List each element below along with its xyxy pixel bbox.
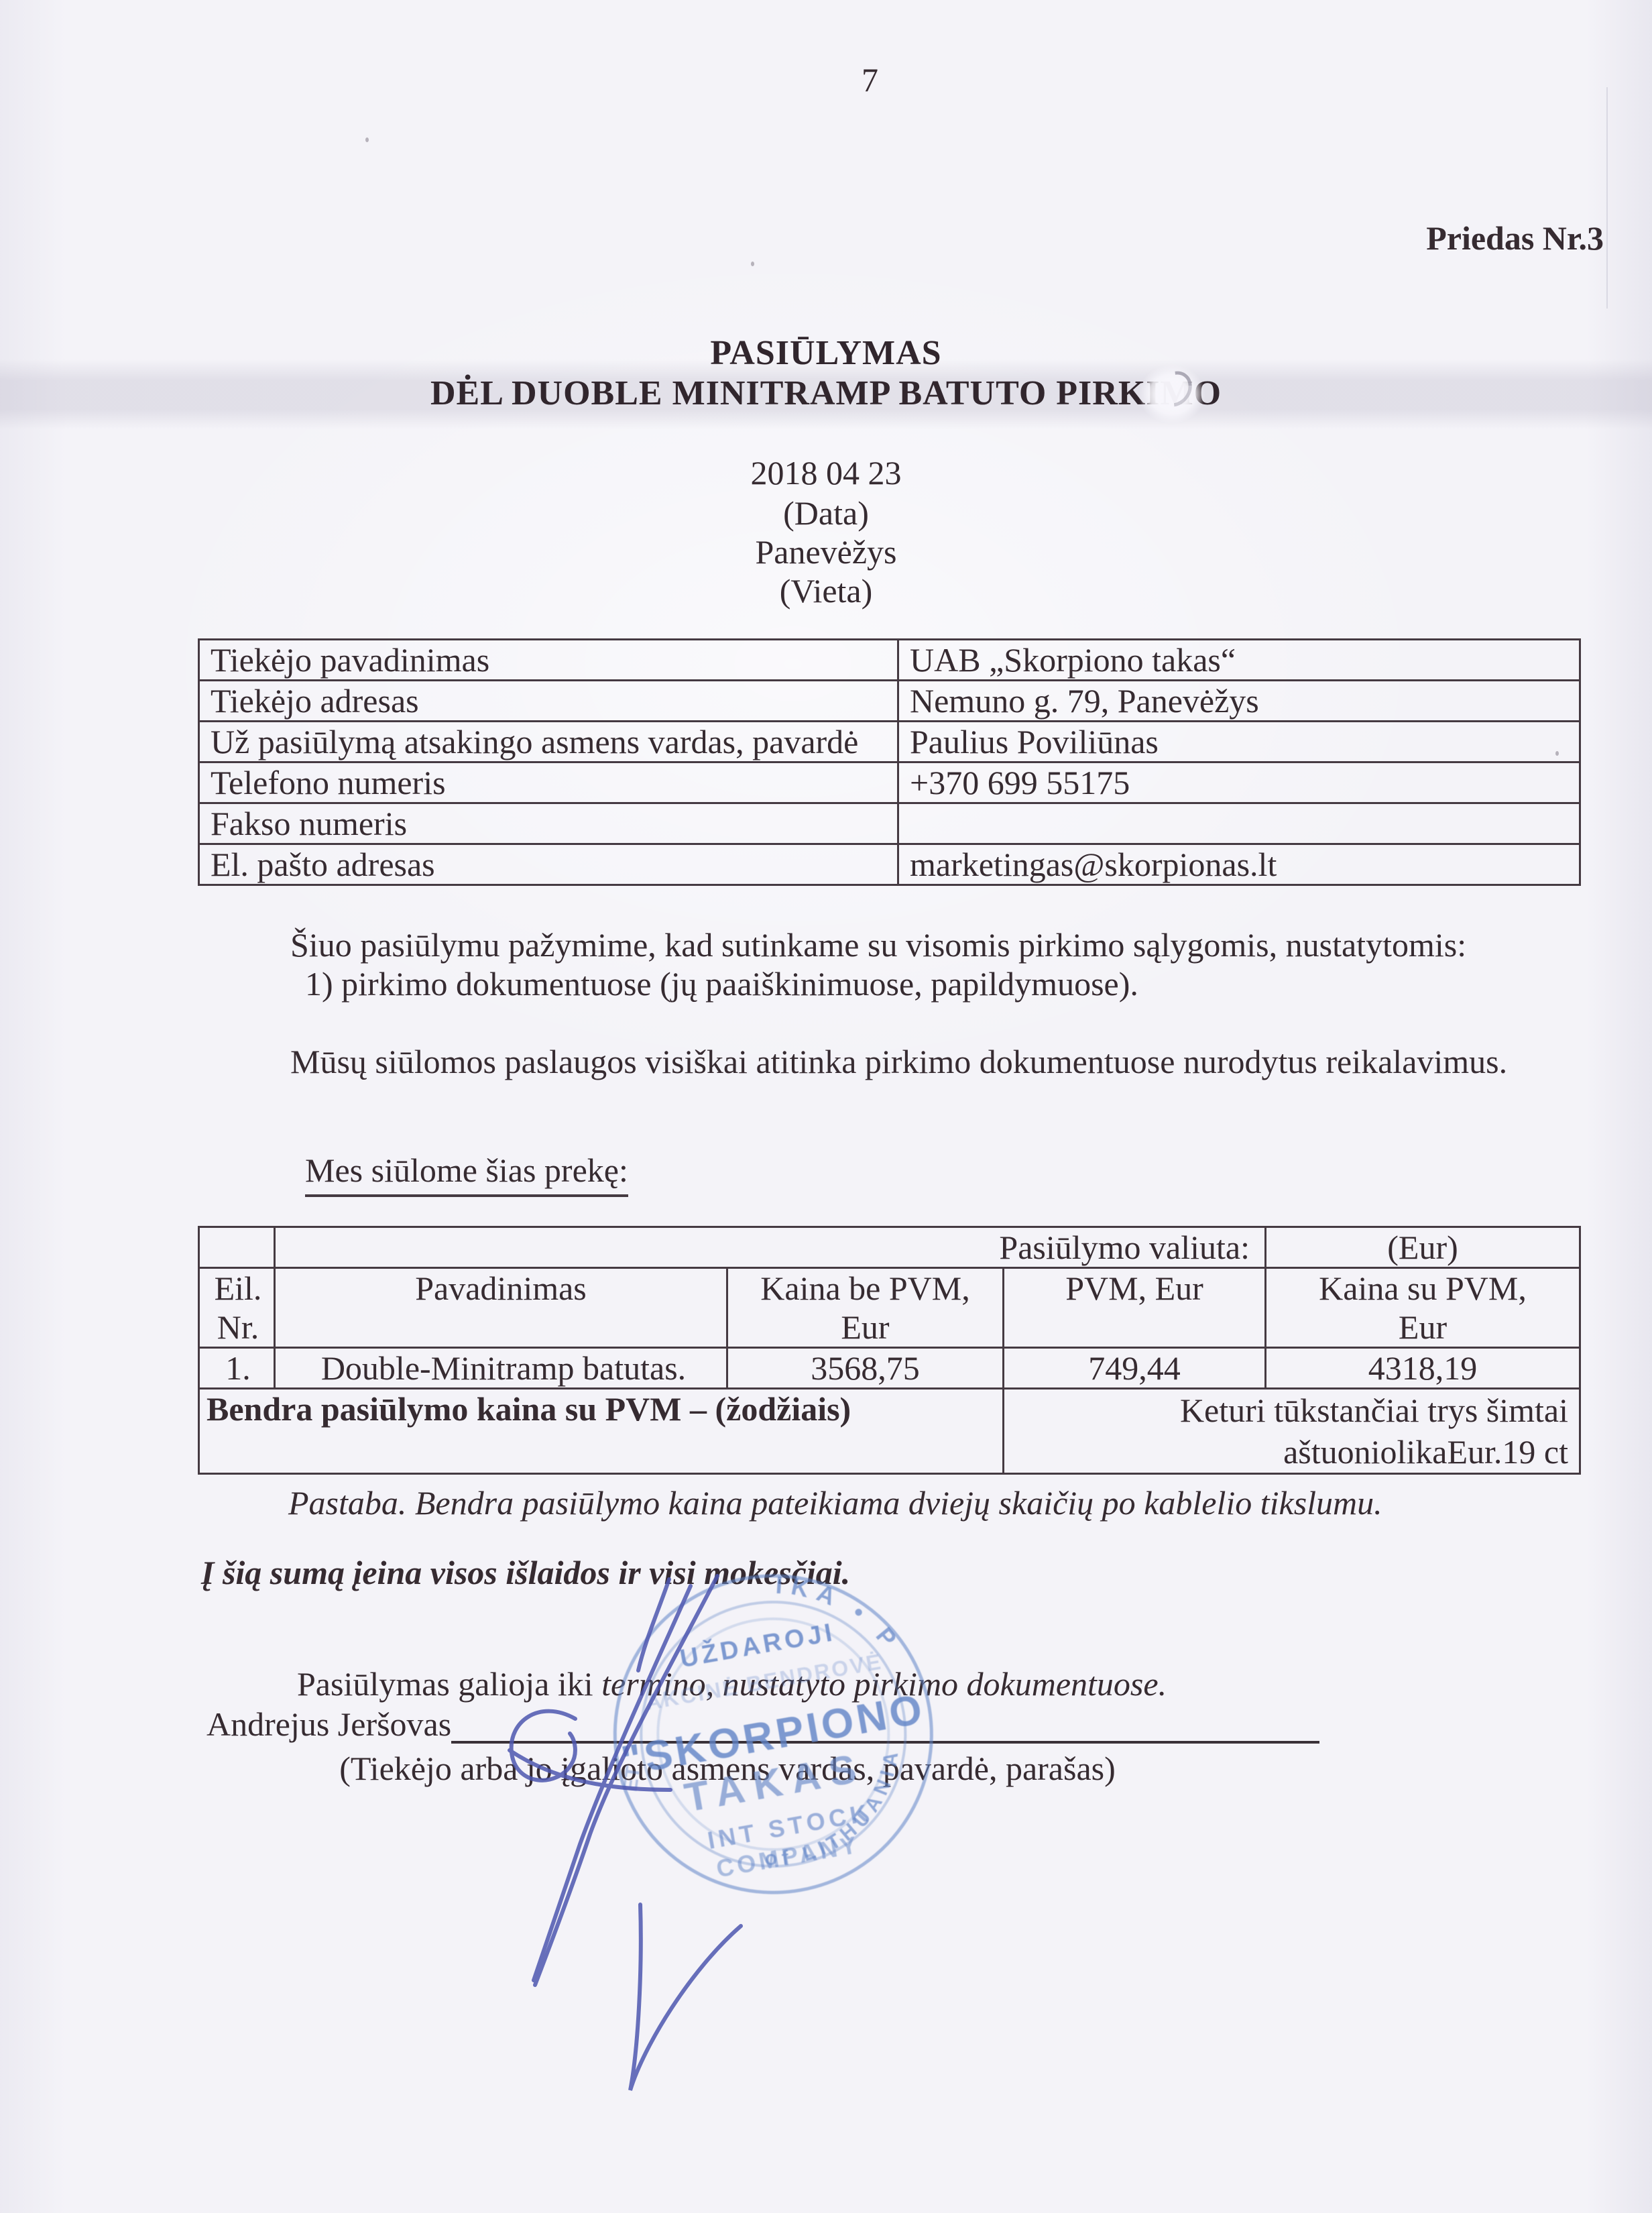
supplier-label: Fakso numeris [199, 803, 898, 844]
supplier-label: Tiekėjo adresas [199, 681, 898, 722]
signature-stroke [630, 1905, 741, 2090]
supplier-label: Už pasiūlymą atsakingo asmens vardas, pa… [199, 722, 898, 762]
table-row: El. pašto adresas marketingas@skorpionas… [199, 844, 1580, 885]
item-nr: 1. [199, 1348, 275, 1389]
currency-label: Pasiūlymo valiuta: [275, 1227, 1266, 1268]
scan-line-artifact [1606, 87, 1608, 308]
supplier-value: Paulius Poviliūnas [898, 722, 1580, 762]
pastaba-note: Pastaba. Bendra pasiūlymo kaina pateikia… [288, 1483, 1562, 1522]
offer-date: 2018 04 23 [0, 453, 1652, 492]
supplier-value [898, 803, 1580, 844]
supplier-value: marketingas@skorpionas.lt [898, 844, 1580, 885]
supplier-info-table: Tiekėjo pavadinimas UAB „Skorpiono takas… [198, 638, 1581, 886]
scan-speck [365, 137, 369, 142]
date-label: (Data) [0, 494, 1652, 532]
currency-value: (Eur) [1266, 1227, 1580, 1268]
signature-stroke [510, 1750, 670, 1790]
item-price-net: 3568,75 [727, 1348, 1004, 1389]
currency-row: Pasiūlymo valiuta: (Eur) [199, 1227, 1580, 1268]
col-header-vat: PVM, Eur [1004, 1268, 1266, 1348]
item-row: 1. Double-Minitramp batutas. 3568,75 749… [199, 1348, 1580, 1389]
table-row: Už pasiūlymą atsakingo asmens vardas, pa… [199, 722, 1580, 762]
agreement-paragraph: Šiuo pasiūlymu pažymime, kad sutinkame s… [198, 925, 1592, 964]
scan-speck [751, 262, 754, 266]
col-header-price-gross: Kaina su PVM, Eur [1266, 1268, 1580, 1348]
offer-place: Panevėžys [0, 532, 1652, 571]
header-row: Eil. Nr. Pavadinimas Kaina be PVM, Eur P… [199, 1268, 1580, 1348]
item-vat: 749,44 [1004, 1348, 1266, 1389]
total-label: Bendra pasiūlymo kaina su PVM – (žodžiai… [199, 1389, 1004, 1474]
col-header-nr: Eil. Nr. [199, 1268, 275, 1348]
signature-stroke [535, 1576, 717, 1985]
signature-stroke [638, 1579, 669, 1670]
scanned-document-page: 7 Priedas Nr.3 PASIŪLYMAS DĖL DUOBLE MIN… [0, 0, 1652, 2213]
supplier-value: UAB „Skorpiono takas“ [898, 640, 1580, 681]
place-label: (Vieta) [0, 571, 1652, 610]
item-name: Double-Minitramp batutas. [275, 1348, 727, 1389]
page-number: 7 [862, 60, 908, 99]
document-title-line2: DĖL DUOBLE MINITRAMP BATUTO PIRKIMO [0, 374, 1652, 413]
table-row: Tiekėjo adresas Nemuno g. 79, Panevėžys [199, 681, 1580, 722]
annex-label: Priedas Nr.3 [1426, 219, 1604, 258]
offer-heading-text: Mes siūlome šias prekę: [305, 1151, 628, 1197]
supplier-value: +370 699 55175 [898, 762, 1580, 803]
offer-price-table: Pasiūlymo valiuta: (Eur) Eil. Nr. Pavadi… [198, 1226, 1581, 1475]
total-in-words: Keturi tūkstančiai trys šimtai aštuoniol… [1004, 1389, 1580, 1474]
table-row: Tiekėjo pavadinimas UAB „Skorpiono takas… [199, 640, 1580, 681]
handwritten-signature [402, 1539, 778, 2109]
supplier-label: El. pašto adresas [199, 844, 898, 885]
services-paragraph: Mūsų siūlomos paslaugos visiškai atitink… [198, 1042, 1606, 1081]
agreement-item-1: 1) pirkimo dokumentuose (jų paaiškinimuo… [305, 964, 1579, 1003]
total-row: Bendra pasiūlymo kaina su PVM – (žodžiai… [199, 1389, 1580, 1474]
table-row: Fakso numeris [199, 803, 1580, 844]
supplier-label: Telefono numeris [199, 762, 898, 803]
empty-cell [199, 1227, 275, 1268]
item-price-gross: 4318,19 [1266, 1348, 1580, 1389]
col-header-price-net: Kaina be PVM, Eur [727, 1268, 1004, 1348]
supplier-value: Nemuno g. 79, Panevėžys [898, 681, 1580, 722]
whiteout-smudge-artifact [1138, 365, 1205, 424]
table-row: Telefono numeris +370 699 55175 [199, 762, 1580, 803]
col-header-name: Pavadinimas [275, 1268, 727, 1348]
document-title-line1: PASIŪLYMAS [0, 334, 1652, 373]
offer-heading: Mes siūlome šias prekę: [305, 1151, 628, 1190]
supplier-label: Tiekėjo pavadinimas [199, 640, 898, 681]
